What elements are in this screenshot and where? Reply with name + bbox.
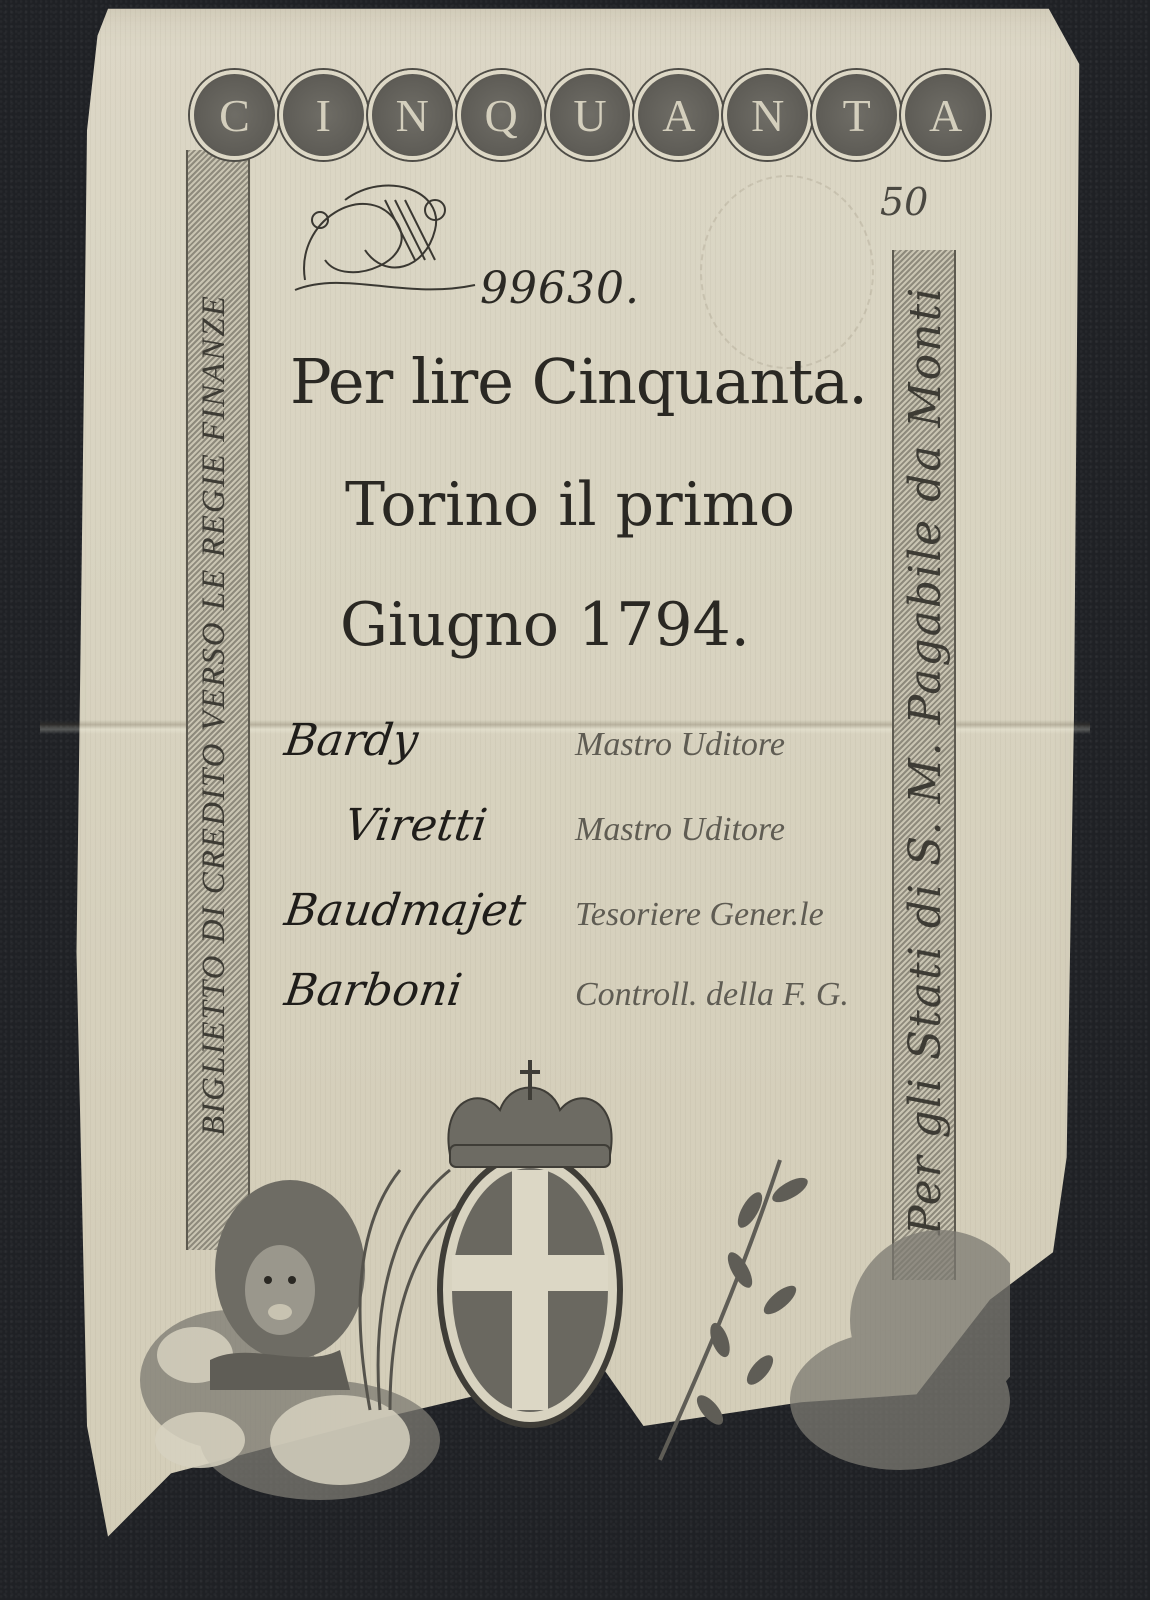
- signature-title: Tesoriere Gener.le: [575, 896, 824, 934]
- serial-number: 99630.: [480, 263, 640, 314]
- watermark: [700, 175, 874, 369]
- signature-name: Bardy: [281, 715, 578, 766]
- signature-title: Mastro Uditore: [575, 811, 785, 849]
- title-letter: I: [279, 70, 368, 160]
- title-letter: A: [634, 70, 723, 160]
- calligraphic-flourish-icon: [285, 160, 485, 310]
- signature-row: Barboni Controll. della F. G.: [285, 965, 885, 1016]
- signature-name: Baudmajet: [281, 885, 578, 936]
- coat-of-arms-emblem: [140, 1040, 1010, 1500]
- place-line: Torino il primo: [345, 470, 795, 540]
- title-letter: T: [812, 70, 901, 160]
- title-letter: C: [190, 70, 279, 160]
- olive-branch-icon: [660, 1160, 811, 1460]
- denomination-title: C I N Q U A N T A: [190, 70, 990, 160]
- title-letter: A: [901, 70, 990, 160]
- date-line: Giugno 1794.: [340, 590, 750, 660]
- title-letter: N: [723, 70, 812, 160]
- signature-row: Bardy Mastro Uditore: [285, 715, 885, 766]
- amount-line: Per lire Cinquanta.: [290, 345, 867, 418]
- signature-name: Barboni: [281, 965, 578, 1016]
- signature-row: Viretti Mastro Uditore: [285, 800, 885, 851]
- signature-name: Viretti: [281, 800, 578, 851]
- signature-title: Mastro Uditore: [575, 726, 785, 764]
- title-letter: N: [368, 70, 457, 160]
- crown-icon: [448, 1060, 611, 1167]
- signature-row: Baudmajet Tesoriere Gener.le: [285, 885, 885, 936]
- corner-denomination: 50: [880, 180, 928, 224]
- title-letter: Q: [457, 70, 546, 160]
- shield-icon: [440, 1155, 620, 1425]
- title-letter: U: [546, 70, 635, 160]
- lion-icon: [210, 1180, 365, 1390]
- signature-title: Controll. della F. G.: [575, 976, 849, 1014]
